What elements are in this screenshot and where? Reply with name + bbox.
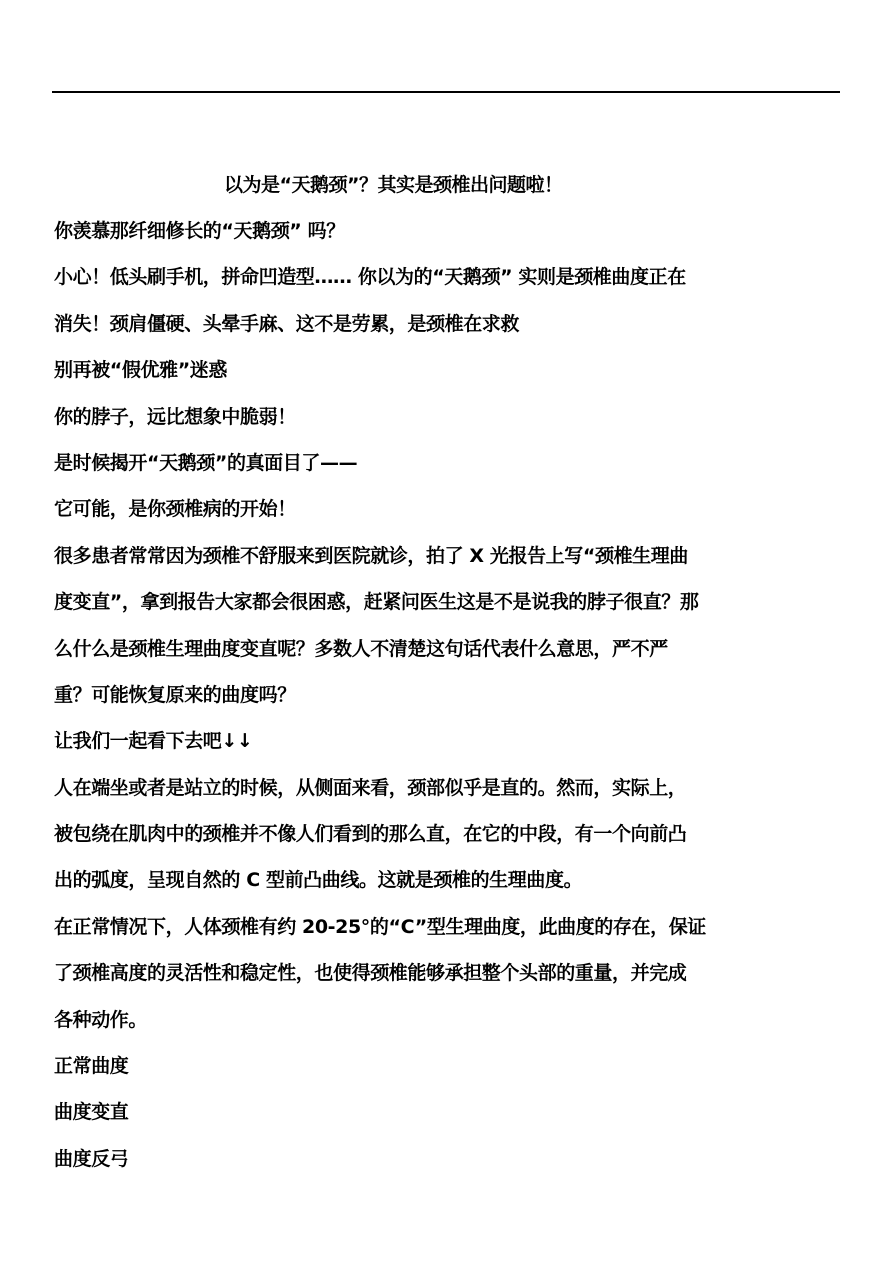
- paragraph-line: 度变直”，拿到报告大家都会很困惑，赶紧问医生这是不是说我的脖子很直？那: [54, 589, 794, 635]
- paragraph-line: 了颈椎高度的灵活性和稳定性，也使得颈椎能够承担整个头部的重量，并完成: [54, 960, 794, 1006]
- caption-straightened-curve: 曲度变直: [54, 1099, 794, 1145]
- document-title: 以为是“天鹅颈”？其实是颈椎出问题啦！: [224, 172, 562, 198]
- paragraph-line: 么什么是颈椎生理曲度变直呢？多数人不清楚这句话代表什么意思，严不严: [54, 636, 794, 682]
- paragraph-line: 很多患者常常因为颈椎不舒服来到医院就诊，拍了 X 光报告上写“颈椎生理曲: [54, 543, 794, 589]
- paragraph-line: 重？可能恢复原来的曲度吗？: [54, 682, 794, 728]
- paragraph-line: 你羡慕那纤细修长的“天鹅颈” 吗？: [54, 218, 794, 264]
- caption-reversed-curve: 曲度反弓: [54, 1146, 794, 1192]
- paragraph-line: 让我们一起看下去吧↓↓: [54, 728, 794, 774]
- paragraph-line: 各种动作。: [54, 1007, 794, 1053]
- paragraph-line: 消失！颈肩僵硬、头晕手麻、这不是劳累，是颈椎在求救: [54, 311, 794, 357]
- paragraph-line: 在正常情况下，人体颈椎有约 20-25°的“C”型生理曲度，此曲度的存在，保证: [54, 914, 794, 960]
- caption-normal-curve: 正常曲度: [54, 1053, 794, 1099]
- paragraph-line: 它可能，是你颈椎病的开始！: [54, 496, 794, 542]
- paragraph-line: 别再被“假优雅”迷惑: [54, 357, 794, 403]
- paragraph-line: 出的弧度，呈现自然的 C 型前凸曲线。这就是颈椎的生理曲度。: [54, 867, 794, 913]
- paragraph-line: 是时候揭开“天鹅颈”的真面目了——: [54, 450, 794, 496]
- paragraph-line: 你的脖子，远比想象中脆弱！: [54, 404, 794, 450]
- paragraph-line: 小心！低头刷手机，拼命凹造型…… 你以为的“天鹅颈” 实则是颈椎曲度正在: [54, 264, 794, 310]
- document-body: 你羡慕那纤细修长的“天鹅颈” 吗？ 小心！低头刷手机，拼命凹造型…… 你以为的“…: [54, 218, 794, 1192]
- header-rule: [52, 91, 840, 93]
- paragraph-line: 人在端坐或者是站立的时候，从侧面来看，颈部似乎是直的。然而，实际上，: [54, 775, 794, 821]
- paragraph-line: 被包绕在肌肉中的颈椎并不像人们看到的那么直，在它的中段，有一个向前凸: [54, 821, 794, 867]
